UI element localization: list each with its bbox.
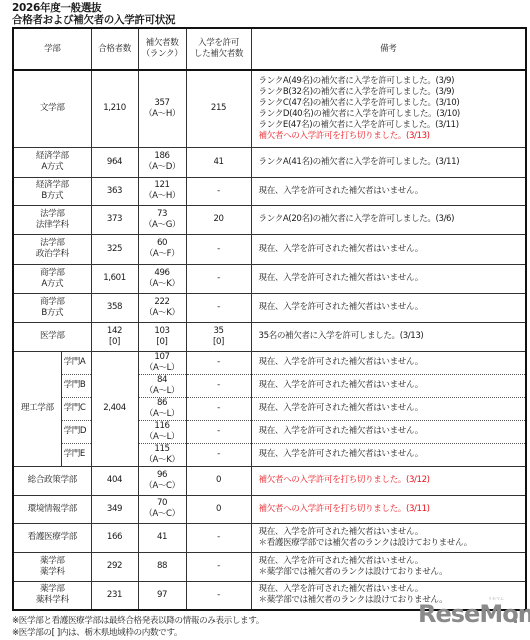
table-row: 経済学部A方式 964 186（A～D） 41 ランクA(41名)の補欠者に入学… bbox=[13, 147, 526, 177]
table-row: 法学部法律学科 373 73（A～G） 20 ランクA(20名)の補欠者に入学を… bbox=[13, 205, 526, 234]
title-main: 合格者および補欠者の入学許可状況 bbox=[12, 14, 175, 27]
header-admitted: 入学を許可した補欠者数 bbox=[186, 28, 251, 70]
header-faculty: 学部 bbox=[13, 28, 91, 70]
admitted-cell: - bbox=[186, 374, 251, 397]
faculty-cell: 法学部法律学科 bbox=[13, 205, 91, 234]
faculty-cell: 看護医療学部 bbox=[13, 523, 91, 552]
faculty-cell: 商学部B方式 bbox=[13, 293, 91, 322]
footnote-1: ※医学部と看護医療学部は最終合格発表以降の情報のみ表示します。 bbox=[12, 616, 264, 627]
passed-cell: 363 bbox=[91, 177, 138, 205]
passed-cell: 292 bbox=[91, 552, 138, 581]
table-row: 商学部B方式 358 222（A～K） - 現在、入学を許可された補欠者はいませ… bbox=[13, 293, 526, 322]
faculty-cell: 法学部政治学科 bbox=[13, 234, 91, 264]
subdivision-cell: 学門B bbox=[61, 374, 91, 397]
resemom-logo: ReseMom bbox=[418, 600, 530, 628]
admitted-cell: - bbox=[186, 420, 251, 443]
waitlist-cell: 96（A～C） bbox=[138, 466, 186, 495]
waitlist-cell: 84（A～L） bbox=[138, 374, 186, 397]
admitted-cell: 20 bbox=[186, 205, 251, 234]
admitted-cell: - bbox=[186, 523, 251, 552]
faculty-cell: 商学部A方式 bbox=[13, 264, 91, 293]
waitlist-cell: 121（A～H） bbox=[138, 177, 186, 205]
table-row: 経済学部B方式 363 121（A～H） - 現在、入学を許可された補欠者はいま… bbox=[13, 177, 526, 205]
passed-cell: 166 bbox=[91, 523, 138, 552]
remarks-cell: 現在、入学を許可された補欠者はいません。 bbox=[251, 351, 526, 374]
table-row: 医学部 142[0] 103[0] 35[0] 35名の補欠者に入学を許可しまし… bbox=[13, 322, 526, 351]
passed-cell: 349 bbox=[91, 495, 138, 523]
faculty-cell: 薬学部薬学科 bbox=[13, 552, 91, 581]
remarks-cell: ランクA(41名)の補欠者に入学を許可しました。(3/11) bbox=[251, 147, 526, 177]
admission-table: 学部 合格者数 補欠者数（ランク） 入学を許可した補欠者数 備考 文学部 1,2… bbox=[12, 27, 527, 611]
passed-cell: 142[0] bbox=[91, 322, 138, 351]
subdivision-cell: 学門D bbox=[61, 420, 91, 443]
table-row: 学門B 84（A～L） - 現在、入学を許可された補欠者はいません。 bbox=[13, 374, 526, 397]
header-remarks: 備考 bbox=[251, 28, 526, 70]
admitted-cell: - bbox=[186, 293, 251, 322]
remarks-cell: 現在、入学を許可された補欠者はいません。 bbox=[251, 177, 526, 205]
remarks-cell: 現在、入学を許可された補欠者はいません。＊看護医療学部では補欠者のランクは設けて… bbox=[251, 523, 526, 552]
header-passed: 合格者数 bbox=[91, 28, 138, 70]
admitted-cell: - bbox=[186, 351, 251, 374]
table-row: 文学部 1,210 357（A～H） 215 ランクA(49名)の補欠者に入学を… bbox=[13, 70, 526, 147]
subdivision-cell: 学門A bbox=[61, 351, 91, 374]
passed-cell: 358 bbox=[91, 293, 138, 322]
waitlist-cell: 107（A～L） bbox=[138, 351, 186, 374]
remarks-cell: 現在、入学を許可された補欠者はいません。 bbox=[251, 234, 526, 264]
waitlist-cell: 103[0] bbox=[138, 322, 186, 351]
admitted-cell: - bbox=[186, 234, 251, 264]
waitlist-cell: 97 bbox=[138, 581, 186, 610]
passed-cell: 325 bbox=[91, 234, 138, 264]
table-row: 法学部政治学科 325 60（A～F） - 現在、入学を許可された補欠者はいませ… bbox=[13, 234, 526, 264]
waitlist-cell: 73（A～G） bbox=[138, 205, 186, 234]
waitlist-cell: 88 bbox=[138, 552, 186, 581]
table-row: 学門E 115（A～K） - 現在、入学を許可された補欠者はいません。 bbox=[13, 443, 526, 466]
waitlist-cell: 60（A～F） bbox=[138, 234, 186, 264]
remarks-cell: ランクA(49名)の補欠者に入学を許可しました。(3/9) ランクB(32名)の… bbox=[251, 70, 526, 147]
waitlist-cell: 41 bbox=[138, 523, 186, 552]
table-row: 学門C 86（A～L） - 現在、入学を許可された補欠者はいません。 bbox=[13, 397, 526, 420]
remarks-cell: ランクA(20名)の補欠者に入学を許可しました。(3/6) bbox=[251, 205, 526, 234]
waitlist-cell: 186（A～D） bbox=[138, 147, 186, 177]
faculty-cell: 総合政策学部 bbox=[13, 466, 91, 495]
admitted-cell: 215 bbox=[186, 70, 251, 147]
faculty-cell: 理工学部 bbox=[13, 351, 61, 466]
faculty-cell: 経済学部A方式 bbox=[13, 147, 91, 177]
passed-cell: 373 bbox=[91, 205, 138, 234]
remarks-cell: 補欠者への入学許可を打ち切りました。(3/12) bbox=[251, 466, 526, 495]
passed-cell: 964 bbox=[91, 147, 138, 177]
remarks-cell: 現在、入学を許可された補欠者はいません。 bbox=[251, 420, 526, 443]
passed-cell: 1,210 bbox=[91, 70, 138, 147]
faculty-cell: 環境情報学部 bbox=[13, 495, 91, 523]
header-waitlist: 補欠者数（ランク） bbox=[138, 28, 186, 70]
remarks-cell: 現在、入学を許可された補欠者はいません。 bbox=[251, 264, 526, 293]
passed-cell: 231 bbox=[91, 581, 138, 610]
remarks-cell: 現在、入学を許可された補欠者はいません。 bbox=[251, 293, 526, 322]
waitlist-cell: 115（A～K） bbox=[138, 443, 186, 466]
waitlist-cell: 222（A～K） bbox=[138, 293, 186, 322]
waitlist-cell: 86（A～L） bbox=[138, 397, 186, 420]
faculty-cell: 医学部 bbox=[13, 322, 91, 351]
table-row: 薬学部薬学科 292 88 - 現在、入学を許可された補欠者はいません。＊薬学部… bbox=[13, 552, 526, 581]
waitlist-cell: 496（A～K） bbox=[138, 264, 186, 293]
admitted-cell: - bbox=[186, 397, 251, 420]
logo-dot-icon bbox=[514, 620, 517, 623]
faculty-cell: 薬学部薬科学科 bbox=[13, 581, 91, 610]
admitted-cell: - bbox=[186, 264, 251, 293]
subdivision-cell: 学門C bbox=[61, 397, 91, 420]
admitted-cell: - bbox=[186, 581, 251, 610]
admitted-cell: - bbox=[186, 177, 251, 205]
admitted-cell: 41 bbox=[186, 147, 251, 177]
table-row: 学門D 116（A～L） - 現在、入学を許可された補欠者はいません。 bbox=[13, 420, 526, 443]
table-row: 看護医療学部 166 41 - 現在、入学を許可された補欠者はいません。＊看護医… bbox=[13, 523, 526, 552]
table-row: 総合政策学部 404 96（A～C） 0 補欠者への入学許可を打ち切りました。(… bbox=[13, 466, 526, 495]
passed-cell: 404 bbox=[91, 466, 138, 495]
waitlist-cell: 357（A～H） bbox=[138, 70, 186, 147]
admitted-cell: 35[0] bbox=[186, 322, 251, 351]
passed-cell: 2,404 bbox=[91, 351, 138, 466]
remarks-cell: 補欠者への入学許可を打ち切りました。(3/11) bbox=[251, 495, 526, 523]
table-row: 環境情報学部 349 70（A～C） 0 補欠者への入学許可を打ち切りました。(… bbox=[13, 495, 526, 523]
remarks-cell: 現在、入学を許可された補欠者はいません。 bbox=[251, 374, 526, 397]
remarks-cell: 現在、入学を許可された補欠者はいません。＊薬学部では補欠者のランクは設けておりま… bbox=[251, 552, 526, 581]
footnote-2: ※医学部の[ ]内は、栃木県地域枠の内数です。 bbox=[12, 628, 182, 639]
passed-cell: 1,601 bbox=[91, 264, 138, 293]
header-row: 学部 合格者数 補欠者数（ランク） 入学を許可した補欠者数 備考 bbox=[13, 28, 526, 70]
remarks-cell: 現在、入学を許可された補欠者はいません。 bbox=[251, 443, 526, 466]
remarks-cell: 現在、入学を許可された補欠者はいません。 bbox=[251, 397, 526, 420]
waitlist-cell: 70（A～C） bbox=[138, 495, 186, 523]
table-row: 理工学部 学門A 2,404 107（A～L） - 現在、入学を許可された補欠者… bbox=[13, 351, 526, 374]
faculty-cell: 経済学部B方式 bbox=[13, 177, 91, 205]
admitted-cell: - bbox=[186, 443, 251, 466]
admitted-cell: 0 bbox=[186, 466, 251, 495]
table-row: 商学部A方式 1,601 496（A～K） - 現在、入学を許可された補欠者はい… bbox=[13, 264, 526, 293]
subdivision-cell: 学門E bbox=[61, 443, 91, 466]
admitted-cell: - bbox=[186, 552, 251, 581]
admitted-cell: 0 bbox=[186, 495, 251, 523]
waitlist-cell: 116（A～L） bbox=[138, 420, 186, 443]
closed-notice: 補欠者への入学許可を打ち切りました。(3/13) bbox=[259, 131, 430, 141]
faculty-cell: 文学部 bbox=[13, 70, 91, 147]
remarks-cell: 35名の補欠者に入学を許可しました。(3/13) bbox=[251, 322, 526, 351]
